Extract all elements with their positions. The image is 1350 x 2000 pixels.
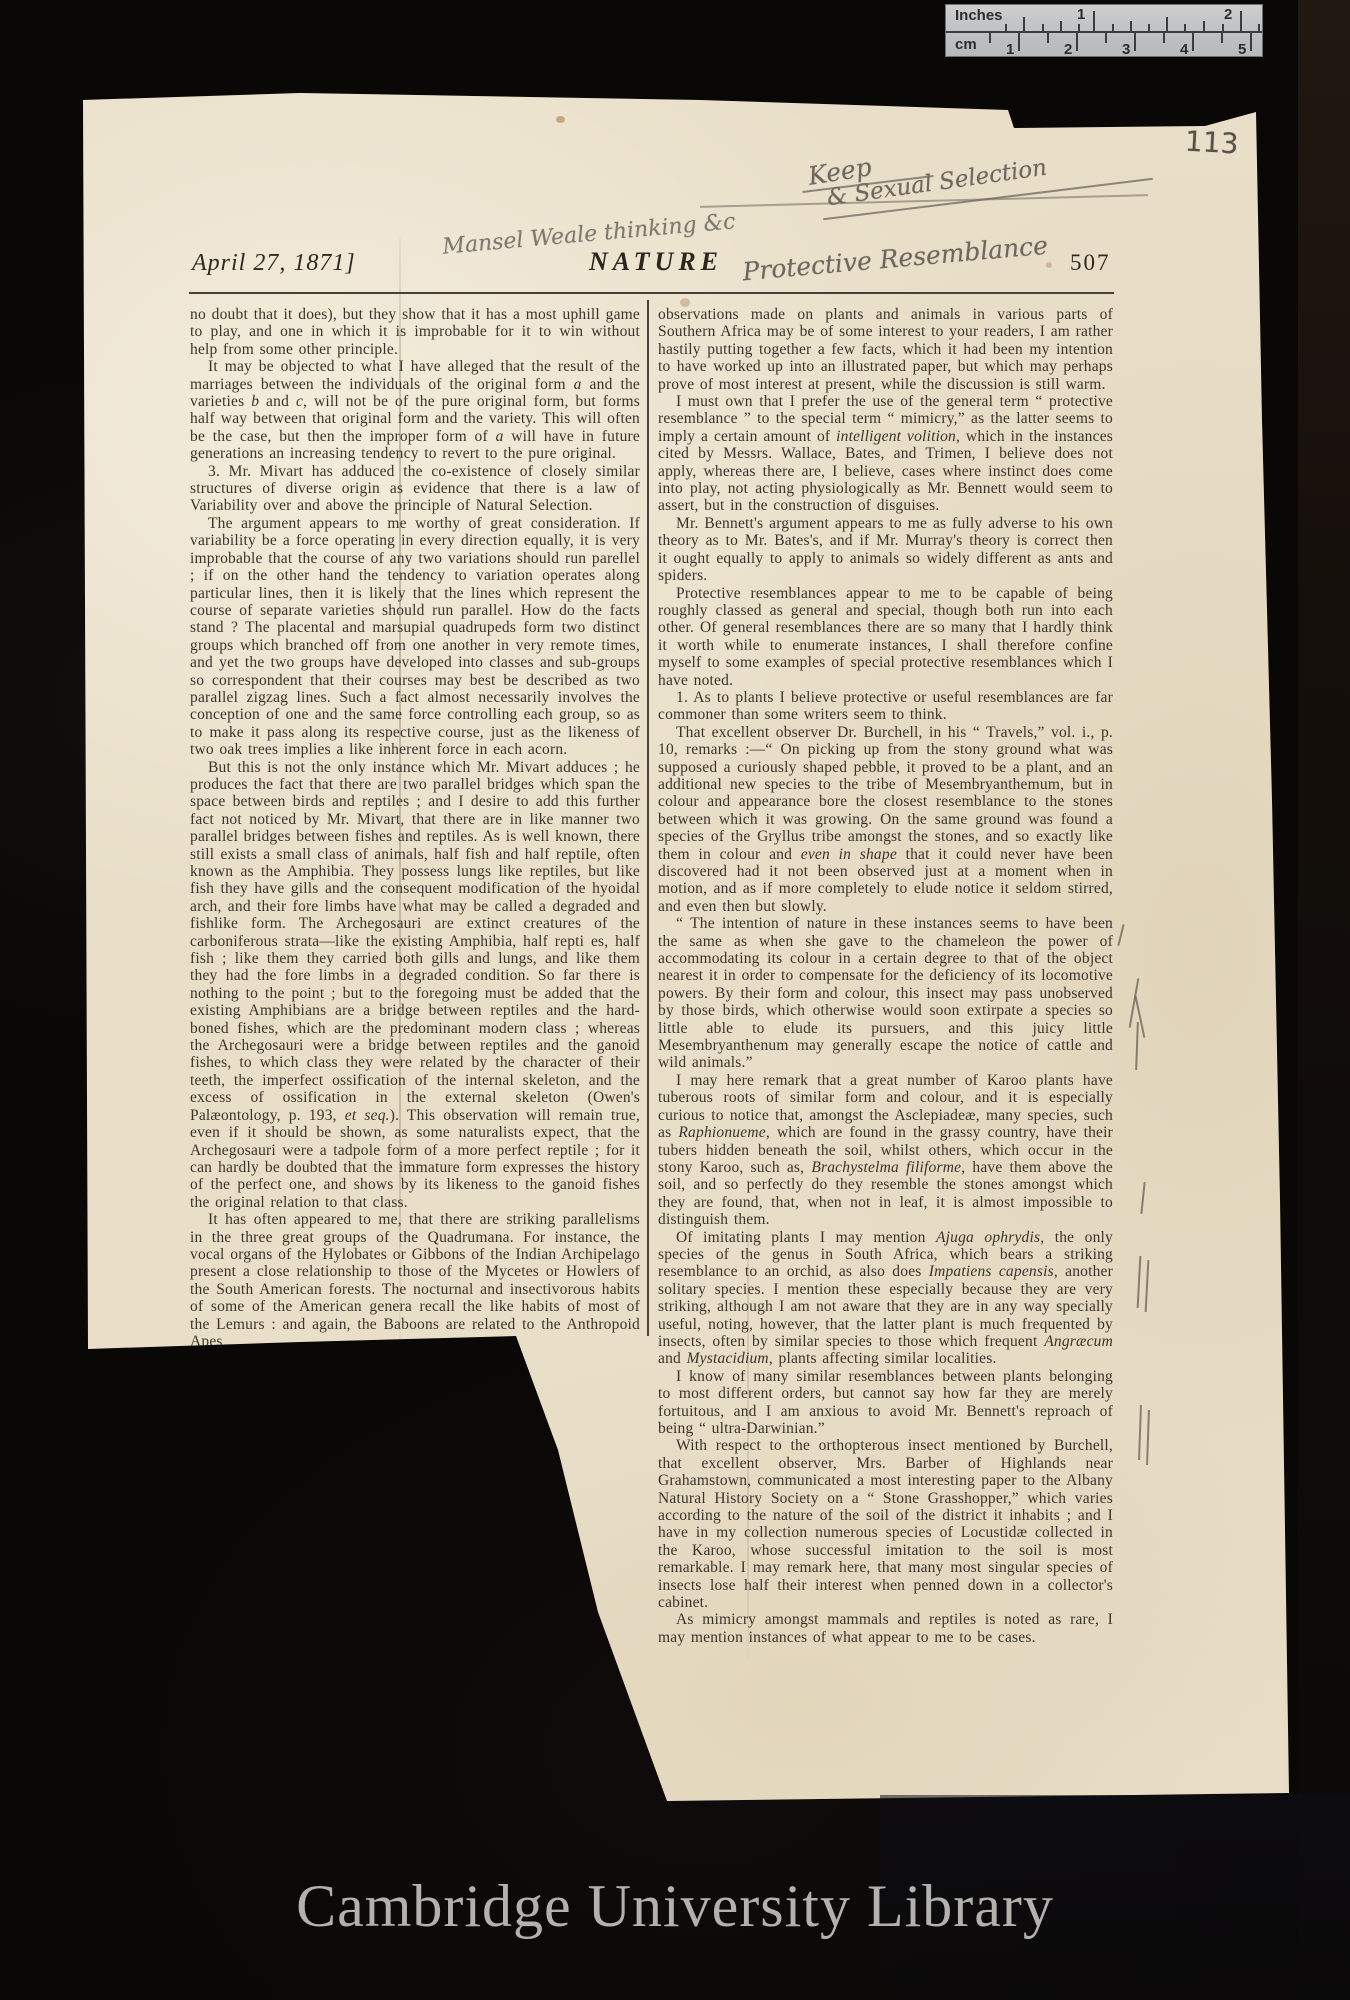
ruler-number: 2: [1064, 41, 1072, 58]
pencil-margin-mark: [1137, 1256, 1142, 1308]
paragraph: Mr. Bennett's argument appears to me as …: [658, 515, 1113, 585]
ruler-tick: [1018, 32, 1020, 51]
ruler-tick: [1221, 32, 1223, 43]
pencil-margin-mark: [1138, 1405, 1142, 1460]
column-divider-rule: [647, 300, 649, 1336]
header-rule: [189, 292, 1114, 294]
pencil-margin-mark: [1145, 1260, 1150, 1312]
paragraph: “ The intention of nature in these insta…: [658, 915, 1113, 1072]
ruler-tick: [1250, 32, 1252, 51]
measurement-ruler: Inches cm 1212345: [945, 4, 1263, 57]
ruler-cm-label: cm: [955, 36, 977, 53]
paragraph: But this is not the only instance which …: [190, 759, 640, 1212]
right-column: observations made on plants and animals …: [658, 306, 1113, 1666]
paragraph: That excellent observer Dr. Burchell, in…: [658, 724, 1113, 915]
ruler-tick: [1240, 11, 1242, 31]
pencil-margin-mark: [1146, 1410, 1150, 1465]
journal-title: NATURE: [520, 247, 792, 277]
ruler-tick: [989, 32, 991, 43]
paragraph: The argument appears to me worthy of gre…: [190, 515, 640, 759]
ruler-tick: [1093, 11, 1095, 31]
ruler-tick: [1130, 21, 1132, 31]
ruler-tick: [1112, 24, 1114, 31]
stain: [1046, 262, 1052, 268]
ruler-tick: [1060, 21, 1062, 31]
pencil-margin-mark: [1135, 1022, 1139, 1070]
paragraph: I may here remark that a great number of…: [658, 1072, 1113, 1229]
ruler-number: 2: [1224, 6, 1232, 23]
page-number: 507: [1070, 250, 1111, 276]
paragraph: 3. Mr. Mivart has adduced the co-existen…: [190, 463, 640, 515]
pencil-margin-mark: [1140, 1182, 1145, 1214]
paragraph: observations made on plants and animals …: [658, 306, 1113, 393]
ruler-tick: [1105, 32, 1107, 43]
paragraph: It has often appeared to me, that there …: [190, 1211, 640, 1350]
newspaper-clipping: 113 Keep Mansel Weale thinking &c & Sexu…: [0, 0, 1350, 2000]
ruler-tick: [1148, 24, 1150, 31]
ruler-number: 1: [1077, 6, 1085, 23]
ruler-tick: [1166, 17, 1168, 31]
paragraph: It may be objected to what I have allege…: [190, 358, 640, 462]
paragraph: 1. As to plants I believe protective or …: [658, 689, 1113, 724]
paragraph: As mimicry amongst mammals and reptiles …: [658, 1611, 1113, 1646]
ruler-number: 4: [1180, 41, 1188, 58]
ruler-tick: [1076, 32, 1078, 51]
ruler-inches-label: Inches: [955, 7, 1003, 24]
ruler-tick: [1184, 24, 1186, 31]
ruler-number: 1: [1006, 41, 1014, 58]
ruler-tick: [1078, 24, 1080, 31]
paragraph: Of imitating plants I may mention Ajuga …: [658, 1229, 1113, 1368]
ruler-tick: [1222, 24, 1224, 31]
ruler-tick: [1163, 32, 1165, 43]
ruler-midline: [946, 31, 1262, 33]
paragraph: I know of many similar resemblances betw…: [658, 1368, 1113, 1438]
ruler-number: 3: [1122, 41, 1130, 58]
library-watermark: Cambridge University Library: [0, 1872, 1350, 1941]
paragraph: no doubt that it does), but they show th…: [190, 306, 640, 358]
pencil-margin-mark: [1117, 924, 1124, 946]
paragraph: I must own that I prefer the use of the …: [658, 393, 1113, 515]
paragraph: With respect to the orthopterous insect …: [658, 1437, 1113, 1611]
ruler-tick: [1192, 32, 1194, 51]
issue-date: April 27, 1871]: [192, 250, 356, 277]
ruler-tick: [1023, 17, 1025, 31]
paragraph: Protective resemblances appear to me to …: [658, 585, 1113, 689]
ruler-tick: [1203, 21, 1205, 31]
stain: [556, 116, 565, 123]
mount-fabric-edge: [1298, 0, 1350, 2000]
ruler-number: 5: [1238, 41, 1246, 58]
ruler-tick: [1005, 24, 1007, 31]
ruler-tick: [1047, 32, 1049, 43]
left-column: no doubt that it does), but they show th…: [190, 306, 640, 1406]
folio-number-annotation: 113: [1184, 125, 1239, 161]
ruler-tick: [1134, 32, 1136, 51]
ruler-tick: [1042, 24, 1044, 31]
ruler-tick: [1258, 24, 1260, 31]
